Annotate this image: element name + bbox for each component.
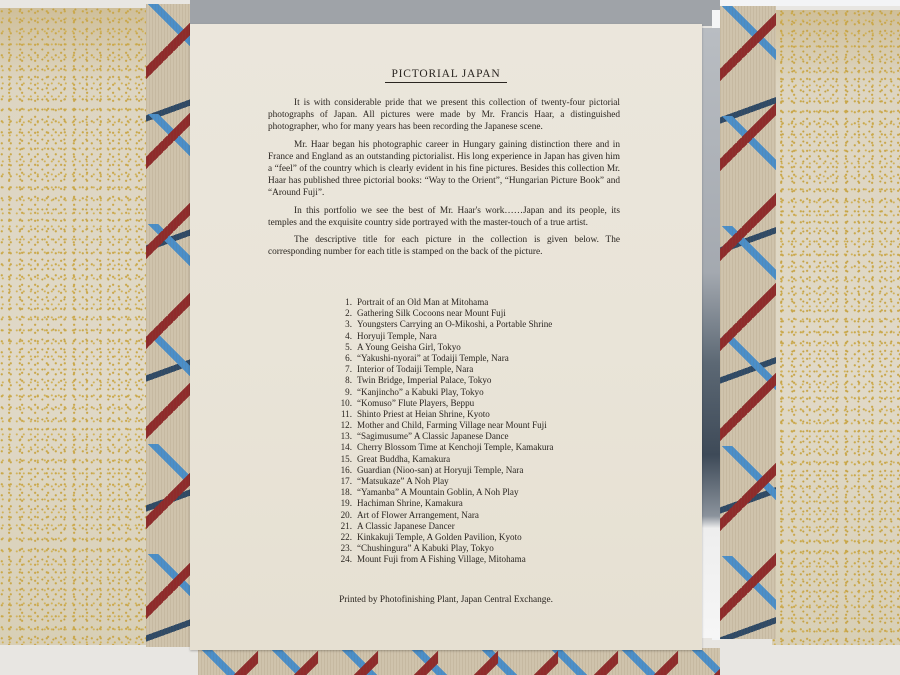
- item-title: “Yakushi-nyorai” at Todaiji Temple, Nara: [357, 353, 509, 363]
- insert-sheet: PICTORIAL JAPAN It is with considerable …: [190, 24, 702, 650]
- list-item: 15.Great Buddha, Kamakura: [330, 454, 553, 465]
- item-number: 22.: [330, 532, 352, 543]
- list-item: 4.Horyuji Temple, Nara: [330, 331, 553, 342]
- page-title: PICTORIAL JAPAN: [190, 68, 702, 83]
- item-title: A Young Geisha Girl, Tokyo: [357, 342, 461, 352]
- paragraph: Mr. Haar began his photographic career i…: [268, 139, 620, 200]
- list-item: 23.“Chushingura” A Kabuki Play, Tokyo: [330, 543, 553, 554]
- item-title: Gathering Silk Cocoons near Mount Fuji: [357, 308, 506, 318]
- item-number: 7.: [330, 364, 352, 375]
- list-item: 1.Portrait of an Old Man at Mitohama: [330, 297, 553, 308]
- item-title: Shinto Priest at Heian Shrine, Kyoto: [357, 409, 490, 419]
- item-number: 8.: [330, 375, 352, 386]
- item-title: Kinkakuji Temple, A Golden Pavilion, Kyo…: [357, 532, 522, 542]
- fabric-spine-right: [720, 6, 776, 639]
- fabric-bottom-edge: [198, 648, 720, 675]
- item-title: “Matsukaze” A Noh Play: [357, 476, 449, 486]
- item-number: 15.: [330, 454, 352, 465]
- list-item: 10.“Komuso” Flute Players, Beppu: [330, 398, 553, 409]
- item-title: “Yamanba” A Mountain Goblin, A Noh Play: [357, 487, 519, 497]
- item-title: A Classic Japanese Dancer: [357, 521, 455, 531]
- item-number: 1.: [330, 297, 352, 308]
- item-number: 9.: [330, 387, 352, 398]
- portfolio-cover-left: [0, 8, 148, 645]
- item-title: Guardian (Nioo-san) at Horyuji Temple, N…: [357, 465, 523, 475]
- item-title: Art of Flower Arrangement, Nara: [357, 510, 479, 520]
- item-number: 23.: [330, 543, 352, 554]
- item-title: “Sagimusume” A Classic Japanese Dance: [357, 431, 509, 441]
- item-title: Interior of Todaiji Temple, Nara: [357, 364, 473, 374]
- paragraph: It is with considerable pride that we pr…: [268, 97, 620, 134]
- paragraph: In this portfolio we see the best of Mr.…: [268, 205, 620, 229]
- page-title-text: PICTORIAL JAPAN: [385, 68, 506, 83]
- item-title: Youngsters Carrying an O-Mikoshi, a Port…: [357, 319, 552, 329]
- list-item: 7.Interior of Todaiji Temple, Nara: [330, 364, 553, 375]
- list-item: 16.Guardian (Nioo-san) at Horyuji Temple…: [330, 465, 553, 476]
- item-number: 20.: [330, 510, 352, 521]
- item-title: Portrait of an Old Man at Mitohama: [357, 297, 488, 307]
- item-number: 18.: [330, 487, 352, 498]
- item-number: 19.: [330, 498, 352, 509]
- paragraph: The descriptive title for each picture i…: [268, 234, 620, 258]
- item-title: Mother and Child, Farming Village near M…: [357, 420, 547, 430]
- photo-edge: [700, 28, 720, 638]
- list-item: 13.“Sagimusume” A Classic Japanese Dance: [330, 431, 553, 442]
- list-item: 21.A Classic Japanese Dancer: [330, 521, 553, 532]
- item-title: Cherry Blossom Time at Kenchoji Temple, …: [357, 442, 553, 452]
- fabric-spine-left: [146, 4, 192, 647]
- list-item: 8.Twin Bridge, Imperial Palace, Tokyo: [330, 375, 553, 386]
- list-item: 6.“Yakushi-nyorai” at Todaiji Temple, Na…: [330, 353, 553, 364]
- item-number: 16.: [330, 465, 352, 476]
- item-number: 3.: [330, 319, 352, 330]
- portfolio-cover-right: [772, 10, 900, 645]
- list-item: 19.Hachiman Shrine, Kamakura: [330, 498, 553, 509]
- item-title: “Chushingura” A Kabuki Play, Tokyo: [357, 543, 494, 553]
- item-title: Twin Bridge, Imperial Palace, Tokyo: [357, 375, 491, 385]
- list-item: 11.Shinto Priest at Heian Shrine, Kyoto: [330, 409, 553, 420]
- picture-list: 1.Portrait of an Old Man at Mitohama2.Ga…: [330, 297, 553, 566]
- item-number: 6.: [330, 353, 352, 364]
- list-item: 3.Youngsters Carrying an O-Mikoshi, a Po…: [330, 319, 553, 330]
- list-item: 9.“Kanjincho” a Kabuki Play, Tokyo: [330, 387, 553, 398]
- item-number: 24.: [330, 554, 352, 565]
- list-item: 24.Mount Fuji from A Fishing Village, Mi…: [330, 554, 553, 565]
- list-item: 5.A Young Geisha Girl, Tokyo: [330, 342, 553, 353]
- list-item: 18.“Yamanba” A Mountain Goblin, A Noh Pl…: [330, 487, 553, 498]
- item-number: 17.: [330, 476, 352, 487]
- item-title: Horyuji Temple, Nara: [357, 331, 437, 341]
- item-number: 11.: [330, 409, 352, 420]
- item-number: 13.: [330, 431, 352, 442]
- list-item: 22.Kinkakuji Temple, A Golden Pavilion, …: [330, 532, 553, 543]
- introduction: It is with considerable pride that we pr…: [268, 97, 620, 263]
- list-item: 12.Mother and Child, Farming Village nea…: [330, 420, 553, 431]
- item-number: 21.: [330, 521, 352, 532]
- item-title: Mount Fuji from A Fishing Village, Mitoh…: [357, 554, 526, 564]
- item-title: Hachiman Shrine, Kamakura: [357, 498, 463, 508]
- mount-board-edge: [190, 0, 720, 26]
- item-number: 14.: [330, 442, 352, 453]
- item-number: 4.: [330, 331, 352, 342]
- item-number: 5.: [330, 342, 352, 353]
- list-item: 20.Art of Flower Arrangement, Nara: [330, 510, 553, 521]
- item-title: “Kanjincho” a Kabuki Play, Tokyo: [357, 387, 484, 397]
- item-number: 12.: [330, 420, 352, 431]
- printer-note: Printed by Photofinishing Plant, Japan C…: [190, 595, 702, 605]
- list-item: 2.Gathering Silk Cocoons near Mount Fuji: [330, 308, 553, 319]
- item-number: 2.: [330, 308, 352, 319]
- list-item: 17.“Matsukaze” A Noh Play: [330, 476, 553, 487]
- item-title: Great Buddha, Kamakura: [357, 454, 450, 464]
- item-title: “Komuso” Flute Players, Beppu: [357, 398, 474, 408]
- item-number: 10.: [330, 398, 352, 409]
- list-item: 14.Cherry Blossom Time at Kenchoji Templ…: [330, 442, 553, 453]
